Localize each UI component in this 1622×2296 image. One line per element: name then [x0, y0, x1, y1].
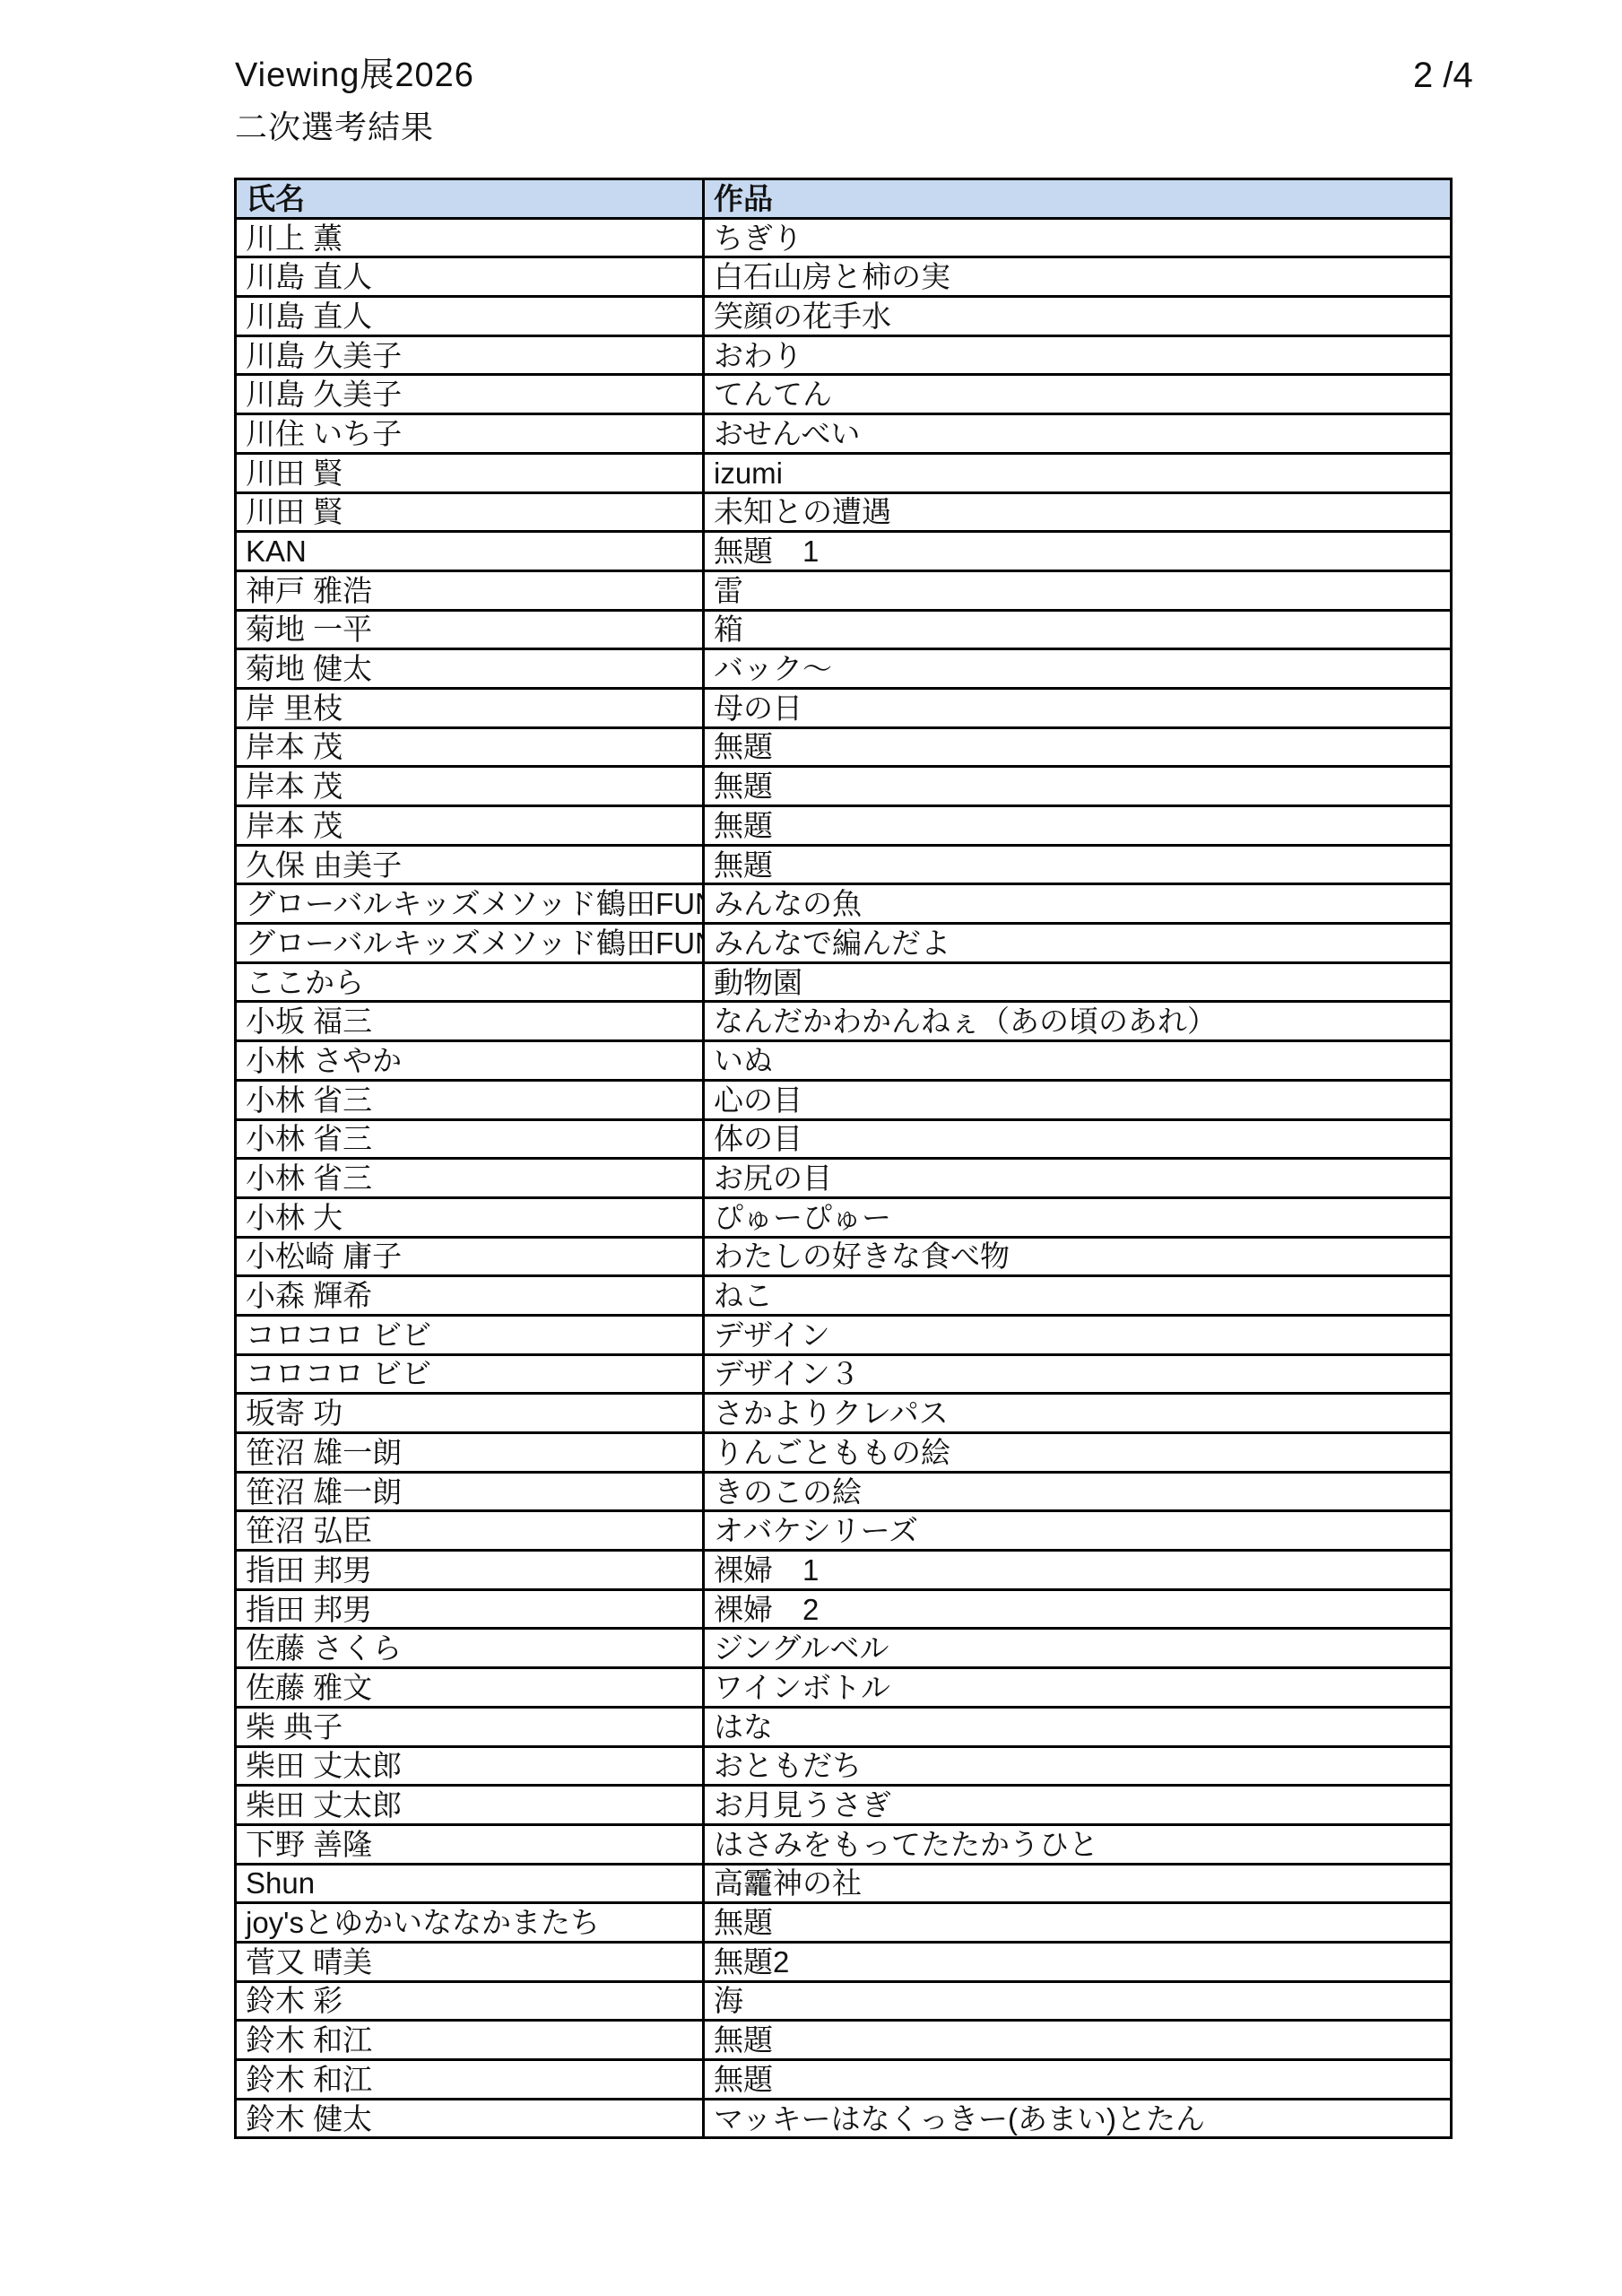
work-cell: ねこ: [704, 1276, 1452, 1316]
results-table: 氏名 作品 川上 薫ちぎり川島 直人白石山房と柿の実川島 直人笑顔の花手水川島 …: [234, 178, 1453, 2139]
work-cell: はさみをもってたたかうひと: [704, 1824, 1452, 1864]
table-row: 川田 賢未知との遭遇: [236, 492, 1452, 532]
work-cell: ワインボトル: [704, 1668, 1452, 1708]
work-cell: 体の目: [704, 1119, 1452, 1159]
work-cell: 白石山房と柿の実: [704, 257, 1452, 297]
name-cell: 下野 善隆: [236, 1824, 704, 1864]
table-row: 佐藤 さくらジングルベル: [236, 1629, 1452, 1668]
table-row: 笹沼 雄一朗きのこの絵: [236, 1472, 1452, 1511]
table-row: 川田 賢izumi: [236, 453, 1452, 492]
name-cell: 岸本 茂: [236, 767, 704, 806]
name-cell: 小松崎 庸子: [236, 1237, 704, 1276]
name-cell: 佐藤 さくら: [236, 1629, 704, 1668]
name-cell: 岸本 茂: [236, 727, 704, 767]
name-cell: 菊地 一平: [236, 610, 704, 649]
name-cell: 小森 輝希: [236, 1276, 704, 1316]
table-row: 岸 里枝母の日: [236, 688, 1452, 727]
work-cell: 無題: [704, 767, 1452, 806]
work-cell: デザイン: [704, 1315, 1452, 1354]
work-cell: マッキーはなくっきー(あまい)とたん: [704, 2099, 1452, 2138]
table-row: 菊地 一平箱: [236, 610, 1452, 649]
table-row: 小松崎 庸子わたしの好きな食べ物: [236, 1237, 1452, 1276]
work-cell: 無題2: [704, 1942, 1452, 1981]
name-cell: コロコロ ビビ: [236, 1315, 704, 1354]
name-cell: 鈴木 和江: [236, 2060, 704, 2100]
work-cell: ジングルベル: [704, 1629, 1452, 1668]
table-row: 笹沼 弘臣オバケシリーズ: [236, 1511, 1452, 1551]
name-cell: 菅又 晴美: [236, 1942, 704, 1981]
table-row: 神戸 雅浩雷: [236, 570, 1452, 610]
name-cell: 笹沼 弘臣: [236, 1511, 704, 1551]
table-row: 小森 輝希ねこ: [236, 1276, 1452, 1316]
work-cell: いぬ: [704, 1041, 1452, 1081]
work-cell: 無題: [704, 2060, 1452, 2100]
table-row: 川島 直人白石山房と柿の実: [236, 257, 1452, 297]
table-row: 岸本 茂無題: [236, 806, 1452, 846]
name-cell: 柴田 丈太郎: [236, 1786, 704, 1825]
table-row: 下野 善隆はさみをもってたたかうひと: [236, 1824, 1452, 1864]
work-cell: きのこの絵: [704, 1472, 1452, 1511]
table-row: 岸本 茂無題: [236, 767, 1452, 806]
work-cell: 無題: [704, 727, 1452, 767]
work-cell: 心の目: [704, 1080, 1452, 1119]
work-cell: 動物園: [704, 962, 1452, 1002]
work-cell: 未知との遭遇: [704, 492, 1452, 532]
work-cell: オバケシリーズ: [704, 1511, 1452, 1551]
table-row: 小林 大ぴゅーぴゅー: [236, 1197, 1452, 1237]
work-cell: 雷: [704, 570, 1452, 610]
name-cell: 小林 省三: [236, 1159, 704, 1198]
name-cell: グローバルキッズメソッド鶴田FUN: [236, 884, 704, 924]
table-row: 川住 いち子おせんべい: [236, 414, 1452, 454]
table-row: 小林 省三体の目: [236, 1119, 1452, 1159]
name-cell: 川島 直人: [236, 257, 704, 297]
work-cell: 笑顔の花手水: [704, 297, 1452, 336]
name-cell: コロコロ ビビ: [236, 1354, 704, 1394]
name-cell: 小坂 福三: [236, 1002, 704, 1041]
name-cell: 神戸 雅浩: [236, 570, 704, 610]
table-row: 川上 薫ちぎり: [236, 218, 1452, 257]
page-subtitle: 二次選考結果: [235, 109, 434, 145]
table-row: KAN無題 1: [236, 532, 1452, 571]
results-table-body: 川上 薫ちぎり川島 直人白石山房と柿の実川島 直人笑顔の花手水川島 久美子おわり…: [236, 218, 1452, 2138]
work-cell: 海: [704, 1981, 1452, 2021]
name-cell: 川島 久美子: [236, 375, 704, 414]
work-cell: わたしの好きな食べ物: [704, 1237, 1452, 1276]
name-cell: 川島 久美子: [236, 335, 704, 375]
table-row: 小林 さやかいぬ: [236, 1041, 1452, 1081]
page-number: 2 /4: [1413, 56, 1473, 95]
table-row: 小林 省三心の目: [236, 1080, 1452, 1119]
name-cell: 鈴木 健太: [236, 2099, 704, 2138]
work-cell: バック〜: [704, 649, 1452, 689]
table-row: 小坂 福三なんだかわかんねぇ（あの頃のあれ）: [236, 1002, 1452, 1041]
name-cell: 笹沼 雄一朗: [236, 1472, 704, 1511]
name-cell: 川田 賢: [236, 453, 704, 492]
table-row: グローバルキッズメソッド鶴田FUNみんなで編んだよ: [236, 924, 1452, 963]
name-cell: 笹沼 雄一朗: [236, 1433, 704, 1473]
page-title: Viewing展2026: [235, 57, 474, 95]
name-cell: 鈴木 彩: [236, 1981, 704, 2021]
table-row: 菊地 健太バック〜: [236, 649, 1452, 689]
table-row: 岸本 茂無題: [236, 727, 1452, 767]
table-row: 小林 省三お尻の目: [236, 1159, 1452, 1198]
name-cell: 川上 薫: [236, 218, 704, 257]
table-header-row: 氏名 作品: [236, 179, 1452, 219]
table-row: joy'sとゆかいななかまたち無題: [236, 1903, 1452, 1943]
work-cell: さかよりクレパス: [704, 1394, 1452, 1433]
column-header-name: 氏名: [236, 179, 704, 219]
work-cell: 無題: [704, 1903, 1452, 1943]
name-cell: 小林 さやか: [236, 1041, 704, 1081]
column-header-work: 作品: [704, 179, 1452, 219]
name-cell: 川住 いち子: [236, 414, 704, 454]
work-cell: 裸婦 1: [704, 1551, 1452, 1590]
table-row: 鈴木 彩海: [236, 1981, 1452, 2021]
work-cell: 母の日: [704, 688, 1452, 727]
table-row: 柴 典子はな: [236, 1707, 1452, 1746]
table-row: 菅又 晴美無題2: [236, 1942, 1452, 1981]
work-cell: 裸婦 2: [704, 1589, 1452, 1629]
table-row: 川島 直人笑顔の花手水: [236, 297, 1452, 336]
table-row: 坂寄 功さかよりクレパス: [236, 1394, 1452, 1433]
work-cell: おともだち: [704, 1746, 1452, 1786]
name-cell: 小林 省三: [236, 1119, 704, 1159]
name-cell: 指田 邦男: [236, 1551, 704, 1590]
name-cell: 小林 省三: [236, 1080, 704, 1119]
work-cell: おわり: [704, 335, 1452, 375]
work-cell: お月見うさぎ: [704, 1786, 1452, 1825]
name-cell: 佐藤 雅文: [236, 1668, 704, 1708]
name-cell: 坂寄 功: [236, 1394, 704, 1433]
name-cell: グローバルキッズメソッド鶴田FUN: [236, 924, 704, 963]
table-row: 川島 久美子おわり: [236, 335, 1452, 375]
table-row: 指田 邦男裸婦 2: [236, 1589, 1452, 1629]
name-cell: 指田 邦男: [236, 1589, 704, 1629]
table-row: Shun高龗神の社: [236, 1864, 1452, 1903]
table-row: 柴田 丈太郎おともだち: [236, 1746, 1452, 1786]
work-cell: ぴゅーぴゅー: [704, 1197, 1452, 1237]
name-cell: 小林 大: [236, 1197, 704, 1237]
table-row: コロコロ ビビデザイン: [236, 1315, 1452, 1354]
name-cell: 川田 賢: [236, 492, 704, 532]
name-cell: 久保 由美子: [236, 845, 704, 884]
document-page: Viewing展2026 二次選考結果 2 /4 氏名 作品 川上 薫ちぎり川島…: [0, 0, 1622, 2296]
name-cell: 柴田 丈太郎: [236, 1746, 704, 1786]
name-cell: 岸 里枝: [236, 688, 704, 727]
table-row: 指田 邦男裸婦 1: [236, 1551, 1452, 1590]
name-cell: Shun: [236, 1864, 704, 1903]
work-cell: りんごとももの絵: [704, 1433, 1452, 1473]
work-cell: ちぎり: [704, 218, 1452, 257]
work-cell: 無題: [704, 2021, 1452, 2060]
table-row: 笹沼 雄一朗りんごとももの絵: [236, 1433, 1452, 1473]
work-cell: 無題: [704, 845, 1452, 884]
table-row: 鈴木 和江無題: [236, 2021, 1452, 2060]
table-row: コロコロ ビビデザイン３: [236, 1354, 1452, 1394]
work-cell: なんだかわかんねぇ（あの頃のあれ）: [704, 1002, 1452, 1041]
name-cell: 菊地 健太: [236, 649, 704, 689]
work-cell: みんなの魚: [704, 884, 1452, 924]
name-cell: 岸本 茂: [236, 806, 704, 846]
name-cell: ここから: [236, 962, 704, 1002]
table-row: グローバルキッズメソッド鶴田FUNみんなの魚: [236, 884, 1452, 924]
name-cell: 川島 直人: [236, 297, 704, 336]
work-cell: 無題: [704, 806, 1452, 846]
name-cell: KAN: [236, 532, 704, 571]
work-cell: おせんべい: [704, 414, 1452, 454]
work-cell: 無題 1: [704, 532, 1452, 571]
table-row: 川島 久美子てんてん: [236, 375, 1452, 414]
work-cell: みんなで編んだよ: [704, 924, 1452, 963]
name-cell: joy'sとゆかいななかまたち: [236, 1903, 704, 1943]
work-cell: izumi: [704, 453, 1452, 492]
table-row: 佐藤 雅文ワインボトル: [236, 1668, 1452, 1708]
table-row: 鈴木 和江無題: [236, 2060, 1452, 2100]
work-cell: 箱: [704, 610, 1452, 649]
work-cell: お尻の目: [704, 1159, 1452, 1198]
work-cell: てんてん: [704, 375, 1452, 414]
work-cell: 高龗神の社: [704, 1864, 1452, 1903]
work-cell: はな: [704, 1707, 1452, 1746]
work-cell: デザイン３: [704, 1354, 1452, 1394]
name-cell: 柴 典子: [236, 1707, 704, 1746]
table-row: 久保 由美子無題: [236, 845, 1452, 884]
name-cell: 鈴木 和江: [236, 2021, 704, 2060]
table-row: 柴田 丈太郎お月見うさぎ: [236, 1786, 1452, 1825]
table-row: ここから動物園: [236, 962, 1452, 1002]
table-row: 鈴木 健太マッキーはなくっきー(あまい)とたん: [236, 2099, 1452, 2138]
